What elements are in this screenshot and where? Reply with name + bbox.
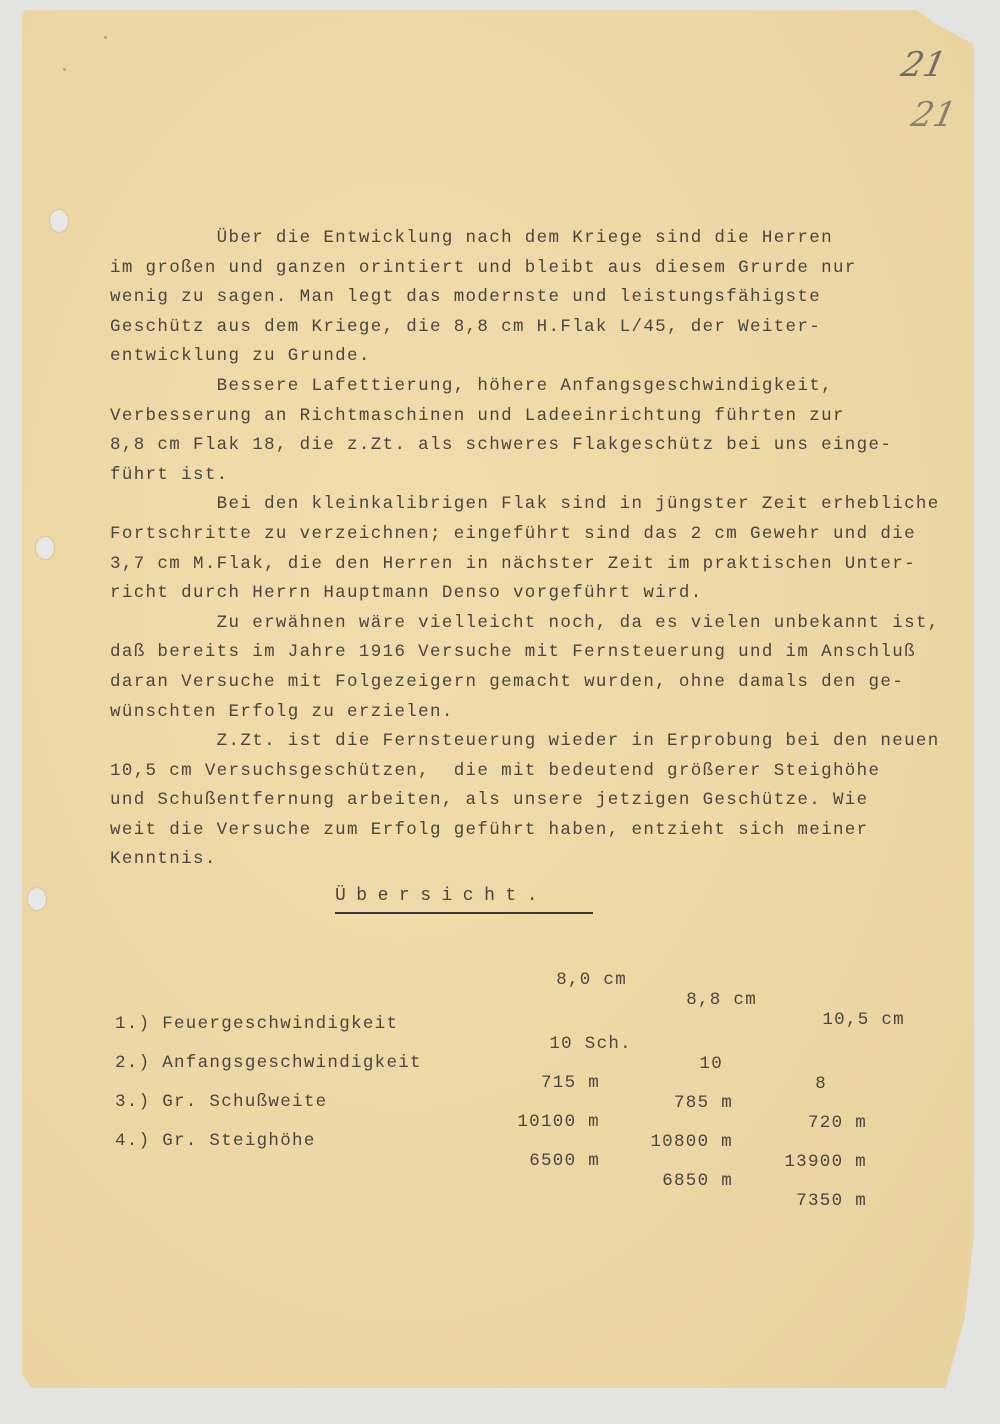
text-line: 10,5 cm Versuchsgeschützen, die mit bede… [110, 757, 970, 787]
text-line: weit die Versuche zum Erfolg geführt hab… [110, 816, 970, 846]
text-line: 8,8 cm Flak 18, die z.Zt. als schweres F… [110, 431, 970, 461]
text-line: Über die Entwicklung nach dem Kriege sin… [110, 224, 970, 254]
page-number-annotation: 21 [898, 48, 948, 82]
text-line: wünschten Erfolg zu erzielen. [110, 698, 970, 728]
table-cell: 6850 m [643, 1171, 733, 1191]
paper-speck [63, 68, 66, 71]
paper-speck [104, 36, 107, 39]
text-line: daß bereits im Jahre 1916 Versuche mit F… [110, 638, 970, 668]
text-line: wenig zu sagen. Man legt das modernste u… [110, 283, 970, 313]
page-number-annotation: 21 [908, 98, 958, 132]
text-line: Fortschritte zu verzeichnen; eingeführt … [110, 520, 970, 550]
table-cell: 13900 m [767, 1152, 867, 1172]
punch-hole [50, 210, 68, 232]
table-cell: 7350 m [777, 1191, 867, 1211]
row-label: 4.) Gr. Steighöhe [115, 1131, 316, 1151]
text-line: entwicklung zu Grunde. [110, 342, 970, 372]
text-line: Kenntnis. [110, 845, 970, 875]
text-line: Zu erwähnen wäre vielleicht noch, da es … [110, 609, 970, 639]
text-line: Bei den kleinkalibrigen Flak sind in jün… [110, 490, 970, 520]
table-row: 2.) Anfangsgeschwindigkeit 715 m 785 m 7… [115, 1033, 915, 1063]
text-line: im großen und ganzen orintiert und bleib… [110, 254, 970, 284]
text-line: daran Versuche mit Folgezeigern gemacht … [110, 668, 970, 698]
punch-hole [36, 537, 54, 559]
table-row: 3.) Gr. Schußweite 10100 m 10800 m 13900… [115, 1072, 915, 1102]
table-row: 4.) Gr. Steighöhe 6500 m 6850 m 7350 m [115, 1111, 915, 1141]
table-cell: 6500 m [510, 1151, 600, 1171]
text-line: und Schußentfernung arbeiten, als unsere… [110, 786, 970, 816]
text-line: Bessere Lafettierung, höhere Anfangsgesc… [110, 372, 970, 402]
punch-hole [28, 888, 46, 910]
text-line: führt ist. [110, 461, 970, 491]
row-label: 1.) Feuergeschwindigkeit [115, 1014, 398, 1034]
text-line: Geschütz aus dem Kriege, die 8,8 cm H.Fl… [110, 313, 970, 343]
column-header: 8,0 cm [547, 970, 627, 990]
table-header-row: 8,0 cm 8,8 cm 10,5 cm [115, 950, 915, 980]
text-line: Z.Zt. ist die Fernsteuerung wieder in Er… [110, 727, 970, 757]
table-row: 1.) Feuergeschwindigkeit 10 Sch. 10 8 [115, 994, 915, 1024]
row-label: 3.) Gr. Schußweite [115, 1092, 327, 1112]
row-label: 2.) Anfangsgeschwindigkeit [115, 1053, 422, 1073]
text-line: Verbesserung an Richtmaschinen und Ladee… [110, 402, 970, 432]
table-title: Übersicht. [335, 886, 593, 914]
text-line: richt durch Herrn Hauptmann Denso vorgef… [110, 579, 970, 609]
text-line: 3,7 cm M.Flak, die den Herren in nächste… [110, 550, 970, 580]
body-text: Über die Entwicklung nach dem Kriege sin… [110, 224, 970, 875]
